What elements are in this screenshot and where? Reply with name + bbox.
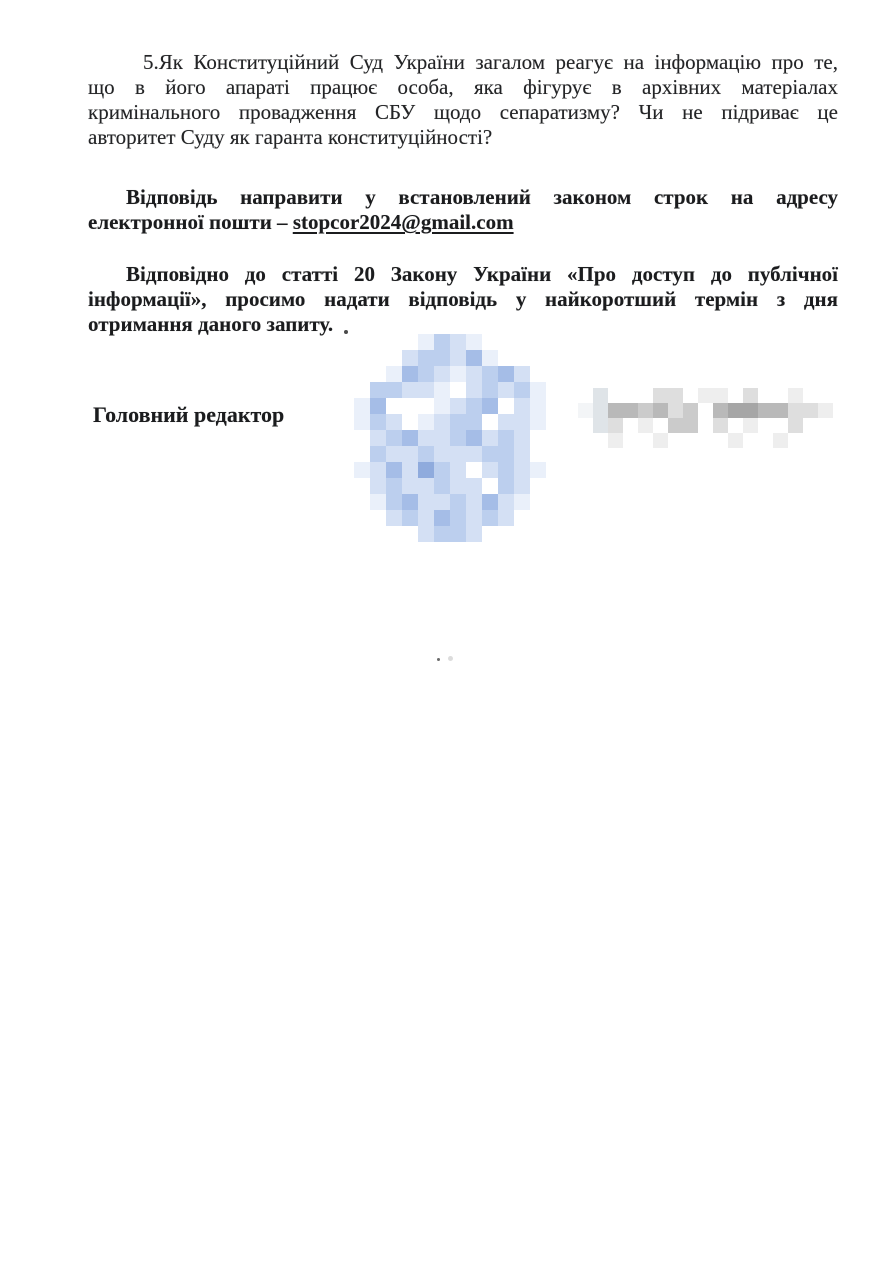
reply-instruction-paragraph: Відповідь направити у встановлений закон… (88, 185, 838, 235)
legal-basis-paragraph: Відповідно до статті 20 Закону України «… (88, 262, 838, 337)
scanned-letter-page: 5.Як Конституційний Суд України загалом … (0, 0, 889, 1280)
redacted-signature-image (578, 388, 833, 448)
scan-speck (344, 330, 348, 334)
question-line-1: 5.Як Конституційний Суд України загалом … (88, 50, 838, 75)
legal-basis-line-2: інформації», просимо надати відповідь у … (88, 287, 838, 312)
question-paragraph-5: 5.Як Конституційний Суд України загалом … (88, 50, 838, 150)
question-line-4: авторитет Суду як гаранта конституційнос… (88, 125, 838, 150)
reply-instruction-line-2: електронної пошти – stopcor2024@gmail.co… (88, 210, 838, 235)
signer-role-title: Головний редактор (93, 402, 284, 427)
redacted-stamp-image (354, 334, 546, 542)
legal-basis-line-1: Відповідно до статті 20 Закону України «… (88, 262, 838, 287)
question-line-3: кримінального провадження СБУ щодо сепар… (88, 100, 838, 125)
reply-email-address: stopcor2024@gmail.com (293, 210, 514, 234)
reply-instruction-line-1: Відповідь направити у встановлений закон… (88, 185, 838, 210)
question-line-2: що в його апараті працює особа, яка фігу… (88, 75, 838, 100)
scan-speck (448, 656, 453, 661)
reply-instruction-line-2-prefix: електронної пошти – (88, 210, 293, 234)
scan-speck (437, 658, 440, 661)
